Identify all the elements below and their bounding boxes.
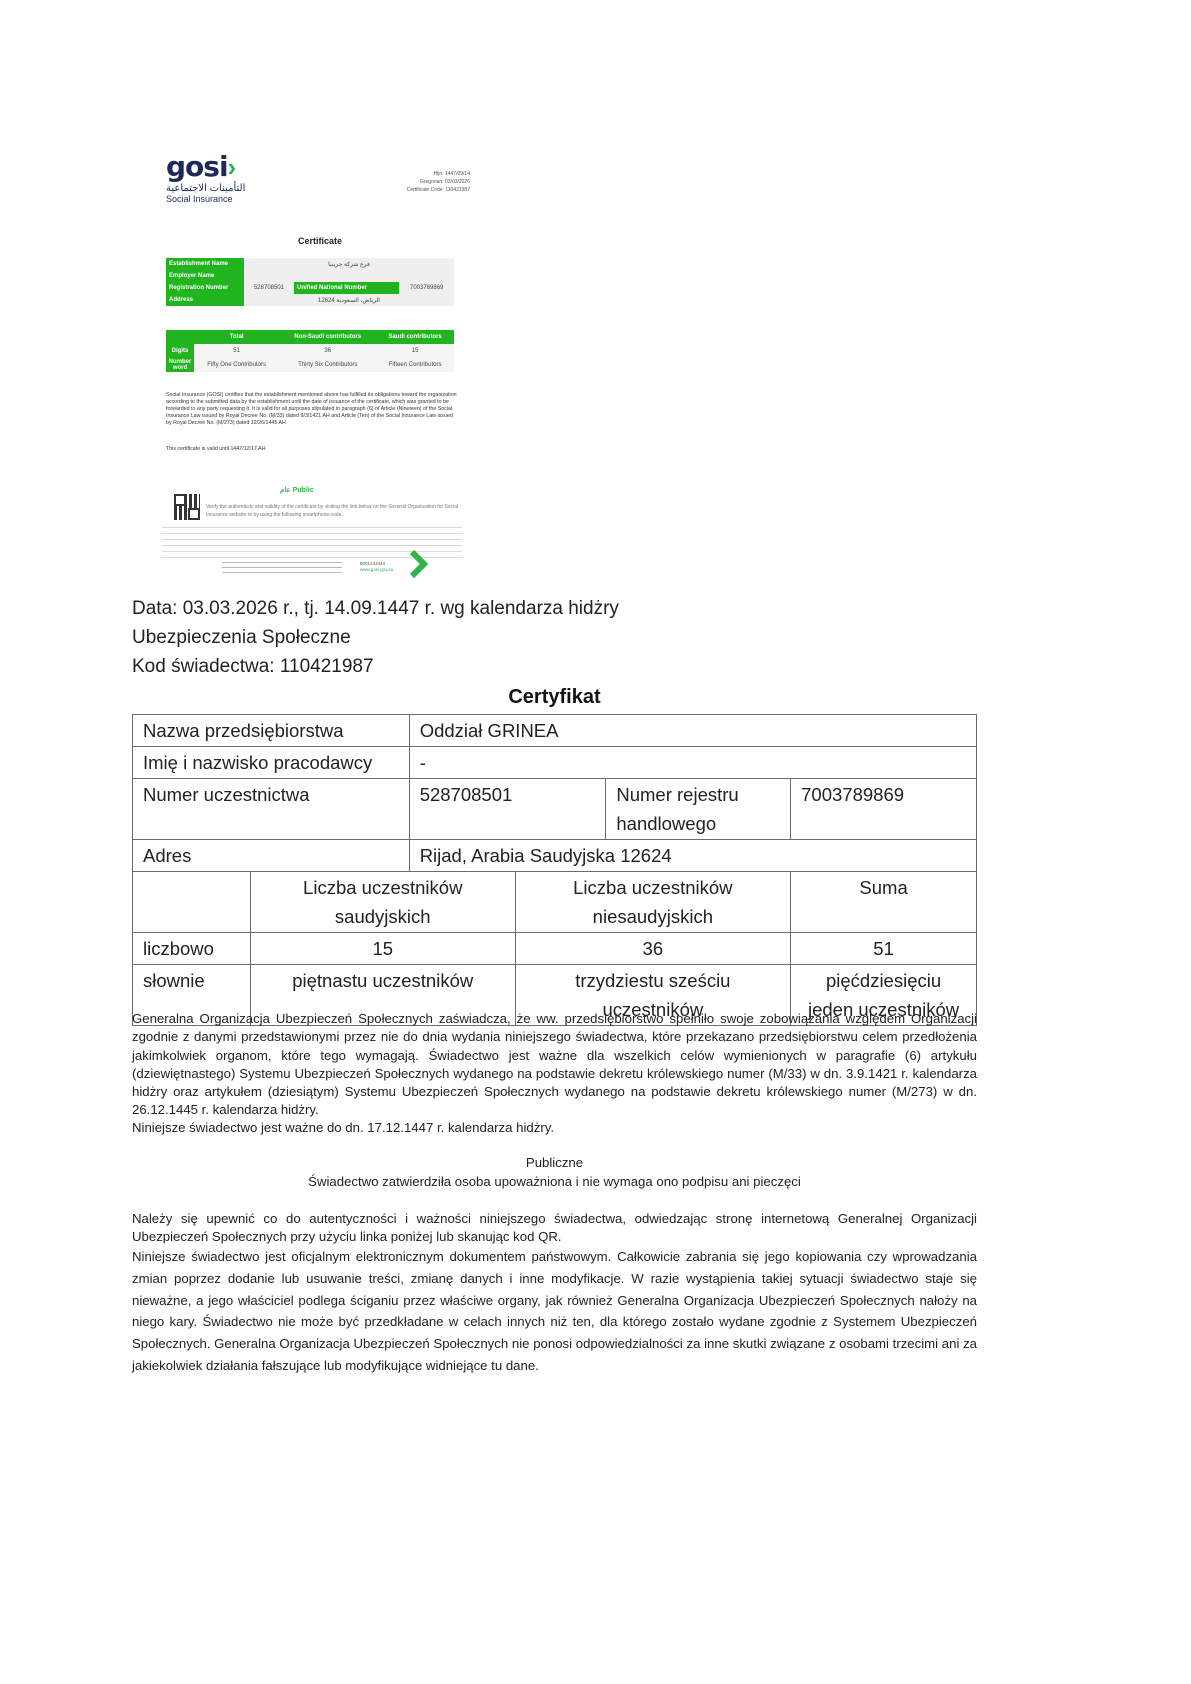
original-contributors-table: Total Non-Saudi contributors Saudi contr…: [166, 330, 454, 372]
date-line: Data: 03.03.2026 r., tj. 14.09.1447 r. w…: [132, 598, 619, 620]
table-row: Imię i nazwisko pracodawcy -: [133, 747, 977, 779]
employer-value: -: [409, 747, 976, 779]
original-info-table: Establishment Name فرع شركة جرينيا Emplo…: [166, 258, 454, 306]
logo-arrow-icon: ›: [228, 152, 237, 182]
contrib-header: Non-Saudi contributors: [279, 330, 376, 344]
original-certificate-image: gosi› التأمينات الاجتماعية Social Insura…: [150, 140, 490, 630]
logo-english: Social Insurance: [166, 194, 245, 204]
certificate-table: Nazwa przedsiębiorstwa Oddział GRINEA Im…: [132, 714, 977, 1026]
contrib-cell: Thirty Six Contributors: [279, 358, 376, 372]
original-footer-contact: 8001243344 www.gosi.gov.sa: [360, 561, 393, 573]
cell-non-saudi: 36: [515, 933, 791, 965]
row-label: liczbowo: [133, 933, 251, 965]
col-header-saudi: Liczba uczestników saudyjskich: [250, 872, 515, 933]
info-label: Establishment Name: [166, 258, 244, 270]
info-label: Unified National Number: [294, 282, 399, 294]
page-title: Certyfikat: [132, 686, 977, 709]
info-value: 528708501: [244, 282, 294, 294]
footer-website: www.gosi.gov.sa: [360, 567, 393, 573]
chevron-right-icon: [408, 550, 430, 578]
address-label: Adres: [133, 840, 410, 872]
meta-hijri: Hijri: 1447/09/14: [407, 170, 470, 178]
contrib-cell: 36: [279, 344, 376, 358]
contrib-row-label: Number word: [166, 358, 194, 372]
legal-paragraph: Niniejsze świadectwo jest oficjalnym ele…: [132, 1246, 977, 1377]
contrib-header: Total: [194, 330, 279, 344]
original-title: Certificate: [150, 236, 490, 246]
cell-total: 51: [791, 933, 977, 965]
table-row: Adres Rijad, Arabia Saudyjska 12624: [133, 840, 977, 872]
info-value: فرع شركة جرينيا: [244, 258, 454, 270]
participation-value: 528708501: [409, 779, 606, 840]
info-value: [244, 270, 454, 282]
gosi-logo: gosi› التأمينات الاجتماعية Social Insura…: [166, 152, 245, 204]
table-row: Numer uczestnictwa 528708501 Numer rejes…: [133, 779, 977, 840]
organization-line: Ubezpieczenia Społeczne: [132, 627, 351, 649]
table-row: Nazwa przedsiębiorstwa Oddział GRINEA: [133, 715, 977, 747]
participation-label: Numer uczestnictwa: [133, 779, 410, 840]
qr-code-icon: [174, 494, 200, 520]
contrib-header: Saudi contributors: [376, 330, 454, 344]
establishment-value: Oddział GRINEA: [409, 715, 976, 747]
verify-paragraph: Należy się upewnić co do autentyczności …: [132, 1210, 977, 1246]
contrib-header: [166, 330, 194, 344]
col-header-non-saudi: Liczba uczestników niesaudyjskich: [515, 872, 791, 933]
meta-gregorian: Gregorian: 03/03/2026: [407, 178, 470, 186]
col-header-total: Suma: [791, 872, 977, 933]
info-label: Address: [166, 294, 244, 306]
certificate-meta: Hijri: 1447/09/14 Gregorian: 03/03/2026 …: [407, 170, 470, 194]
contrib-cell: 51: [194, 344, 279, 358]
public-label: Publiczne: [132, 1155, 977, 1170]
register-value: 7003789869: [791, 779, 977, 840]
employer-label: Imię i nazwisko pracodawcy: [133, 747, 410, 779]
certificate-code-line: Kod świadectwa: 110421987: [132, 656, 374, 678]
col-header: [133, 872, 251, 933]
meta-code: Certificate Code: 110421987: [407, 186, 470, 194]
certification-paragraph: Generalna Organizacja Ubezpieczeń Społec…: [132, 1010, 977, 1120]
logo-arabic: التأمينات الاجتماعية: [166, 183, 245, 194]
logo-word: gosi: [166, 150, 228, 183]
original-footer-arabic: [222, 562, 342, 574]
contrib-row-label: Digits: [166, 344, 194, 358]
info-value: الرياض، السعودية 12624: [244, 294, 454, 306]
contrib-cell: Fifteen Contributors: [376, 358, 454, 372]
info-label: Employer Name: [166, 270, 244, 282]
table-row: liczbowo 15 36 51: [133, 933, 977, 965]
original-certification-text: Social Insurance (GOSI) certifies that t…: [166, 392, 458, 427]
contrib-cell: Fifty One Contributors: [194, 358, 279, 372]
approval-line: Świadectwo zatwierdziła osoba upoważnion…: [132, 1174, 977, 1189]
original-verify-text: Verify the authenticity and validity of …: [206, 503, 466, 519]
validity-line: Niniejsze świadectwo jest ważne do dn. 1…: [132, 1119, 977, 1137]
original-valid-until: This certificate is valid until 1447/12/…: [166, 446, 266, 452]
contrib-cell: 15: [376, 344, 454, 358]
cell-saudi: 15: [250, 933, 515, 965]
info-label: Registration Number: [166, 282, 244, 294]
establishment-label: Nazwa przedsiębiorstwa: [133, 715, 410, 747]
original-public-label: عام Public: [280, 486, 314, 494]
address-value: Rijad, Arabia Saudyjska 12624: [409, 840, 976, 872]
register-label: Numer rejestru handlowego: [606, 779, 791, 840]
table-row: Liczba uczestników saudyjskich Liczba uc…: [133, 872, 977, 933]
info-value: 7003789869: [399, 282, 454, 294]
